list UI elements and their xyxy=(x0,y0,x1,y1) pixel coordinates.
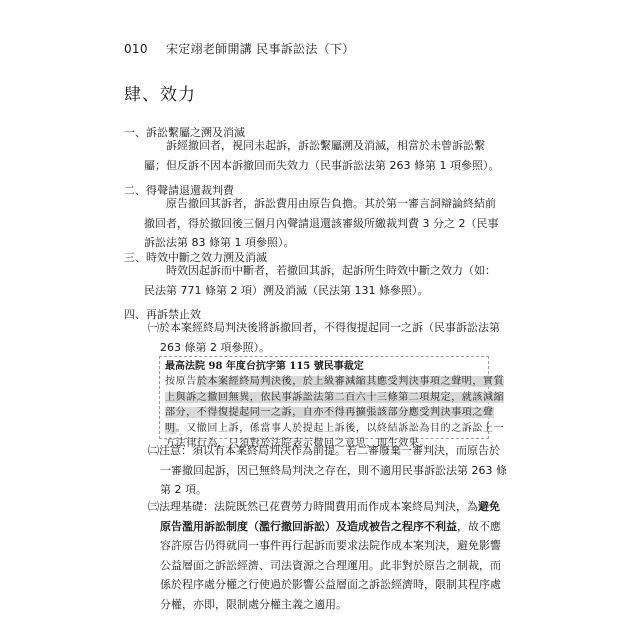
body-line: 原告撤回其訴者，訴訟費用由原告負擔。其於第一審言詞辯論終結前 xyxy=(144,194,499,214)
emphasis-text: 避免 xyxy=(478,500,500,513)
emphasis-text: 原告濫用訴訟制度（濫行撤回訴訟）及造成被告之程序不利益 xyxy=(160,520,457,533)
case-title: 最高法院 98 年度台抗字第 115 號民事裁定 xyxy=(165,359,483,374)
highlighted-text: 部分，不得復提起同一之訴，自亦不得再擴張該部分應受判決事項之聲 xyxy=(165,407,494,418)
item-3: ㈢法理基礎：法院既然已花費勞力時間費用而作成本案終局判決，為避免 原告濫用訴訟制… xyxy=(148,497,501,614)
case-citation-box: 最高法院 98 年度台抗字第 115 號民事裁定 按原告於本案經終局判決後，於上… xyxy=(159,356,489,439)
item-line: ㈢法理基礎：法院既然已花費勞力時間費用而作成本案終局判決，為避免 xyxy=(148,497,501,517)
item-text: ㈢法理基礎：法院既然已花費勞力時間費用而作成本案終局判決，為 xyxy=(148,500,478,513)
running-title: 宋定翊老師開講 民事訴訟法（下） xyxy=(166,42,355,56)
case-line: 明。又撤回上訴，係當事人於提起上訴後，以終結訴訟為目的之訴訟上一 xyxy=(165,421,483,437)
item-2: ㈡注意：須以有本案終局判決作為前提。若二審廢棄一審判決，而原告於 一審撤回起訴，… xyxy=(148,441,507,500)
page-number: 010 xyxy=(124,42,148,56)
body-line: 屬；但反訴不因本訴撤回而失效力（民事訴訟法第 263 條第 1 項參照）。 xyxy=(144,156,499,176)
highlighted-text: 明 xyxy=(165,423,176,434)
case-line: 部分，不得復提起同一之訴，自亦不得再擴張該部分應受判決事項之聲 xyxy=(165,405,483,421)
item-line: 係於程序處分權之行使過於影響公益層面之訴訟經濟時，限制其程序處 xyxy=(148,575,501,595)
section-body-3: 時效因起訴而中斷者，若撤回其訴，起訴所生時效中斷之效力（如： 民法第 771 條… xyxy=(144,261,496,300)
item-line: 263 條第 2 項參照）。 xyxy=(148,338,500,358)
section-body-1: 訴經撤回者，視同未起訴，訴訟繫屬溯及消滅，相當於未曾訴訟繫 屬；但反訴不因本訴撤… xyxy=(144,136,499,175)
body-line: 訴經撤回者，視同未起訴，訴訟繫屬溯及消滅，相當於未曾訴訟繫 xyxy=(144,136,499,156)
item-line: 一審撤回起訴，因已無終局判決之存在，則不適用民事訴訟法第 263 條 xyxy=(148,461,507,481)
item-1: ㈠於本案經終局判決後將訴撤回者，不得復提起同一之訴（民事訴訟法第 263 條第 … xyxy=(148,318,500,357)
body-line: 時效因起訴而中斷者，若撤回其訴，起訴所生時效中斷之效力（如： xyxy=(144,261,496,281)
case-text: 按原告 xyxy=(165,376,197,387)
item-line: 容許原告仍得就同一事件再行起訴而要求法院作成本案判決，避免影響 xyxy=(148,536,501,556)
body-line: 民法第 771 條第 2 項）溯及消滅（民法第 131 條參照）。 xyxy=(144,281,496,301)
item-line: ㈡注意：須以有本案終局判決作為前提。若二審廢棄一審判決，而原告於 xyxy=(148,441,507,461)
item-text: ，故不應 xyxy=(457,520,501,533)
highlighted-text: 於本案經終局判決後，於上級審減縮其應受判決事項之聲明，實質 xyxy=(197,376,504,387)
item-line: 公益層面之訴訟經濟、司法資源之合理運用。此非對於原告之制裁，而 xyxy=(148,556,501,576)
running-header: 010 宋定翊老師開講 民事訴訟法（下） xyxy=(124,40,355,57)
highlighted-text: 上與訴之撤回無異，依民事訴訟法第二百六十三條第二項規定，就該減縮 xyxy=(165,392,504,403)
item-line: ㈠於本案經終局判決後將訴撤回者，不得復提起同一之訴（民事訴訟法第 xyxy=(148,318,500,338)
item-line: 原告濫用訴訟制度（濫行撤回訴訟）及造成被告之程序不利益，故不應 xyxy=(148,517,501,537)
case-line: 上與訴之撤回無異，依民事訴訟法第二百六十三條第二項規定，就該減縮 xyxy=(165,390,483,406)
case-line: 按原告於本案經終局判決後，於上級審減縮其應受判決事項之聲明，實質 xyxy=(165,374,483,390)
chapter-title: 肆、效力 xyxy=(124,80,196,105)
body-line: 撤回者，得於撤回後三個月內聲請退還該審級所繳裁判費 3 分之 2（民事 xyxy=(144,214,499,234)
case-text: 。又撤回上訴，係當事人於提起上訴後，以終結訴訟為目的之訴訟上一 xyxy=(176,423,505,434)
item-line: 分權，亦即，限制處分權主義之適用。 xyxy=(148,595,501,615)
section-body-2: 原告撤回其訴者，訴訟費用由原告負擔。其於第一審言詞辯論終結前 撤回者，得於撤回後… xyxy=(144,194,499,253)
